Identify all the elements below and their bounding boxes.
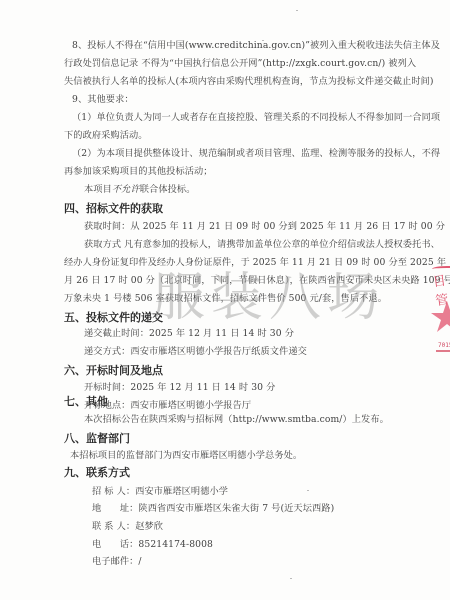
section-4-method-2: 经办人身份证复印件及经办人身份证原件，于 2025 年 11 月 21 日 09… (64, 257, 450, 269)
consortium-note-prefix: 本项目 (84, 184, 112, 195)
requirement-9-2-line-2: 再参加该采购项目的其他投标活动； (64, 166, 213, 178)
contact-email: 电子邮件：/ (92, 556, 142, 568)
section-6-time: 开标时间：2025 年 12 月 11 日 14 时 30 分 (84, 382, 275, 394)
requirement-8-line-1: 8、投标人不得在“信用中国(www.creditchina.gov.cn)”被列… (72, 40, 440, 52)
section-7-heading-visible: 七、其他 (64, 395, 108, 408)
document-page: 8、投标人不得在“信用中国(www.creditchina.gov.cn)”被列… (0, 0, 450, 600)
section-5-deadline: 递交截止时间：2025 年 12 月 11 日 14 时 30 分 (84, 328, 294, 340)
scan-speck (307, 490, 309, 491)
scan-speck (262, 40, 264, 41)
section-4-heading: 四、招标文件的获取 (64, 202, 163, 215)
consortium-note-suffix: 联合体投标。 (140, 184, 196, 195)
section-7-text: 本次招标公告在陕西采购与招标网（http://www.smtba.com/）上发… (84, 414, 389, 426)
section-4-method-3: 月 26 日 17 时 00 分（北京时间，下同，节假日休息），在陕西省西安市未… (64, 275, 450, 287)
consortium-note: 本项目不允许联合体投标。 (84, 184, 195, 196)
requirement-8-line-2: 行政处罚信息记录 不得为“中国执行信息公开网”(http://zxgk.cour… (64, 58, 416, 70)
section-4-time: 获取时间：从 2025 年 11 月 21 日 09 时 00 分到 2025 … (84, 221, 445, 233)
requirement-8-line-3: 失信被执行人名单的投标人(本项内容由采购代理机构查询，节点为投标文件递交截止时间… (64, 76, 434, 88)
seal-number: 701590 (438, 342, 450, 349)
consortium-note-emphasis: 不允许 (112, 184, 140, 195)
section-6-heading: 六、开标时间及地点 (64, 364, 163, 377)
section-8-text: 本招标项目的监督部门为西安市雁塔区明德小学总务处。 (70, 450, 302, 462)
requirement-9-1-line-2: 下的政府采购活动。 (64, 130, 148, 142)
section-5-method: 递交方式：西安市雁塔区明德小学报告厅纸质文件递交 (84, 346, 307, 358)
contact-phone: 电 话：85214174-8008 (92, 539, 213, 551)
official-seal: 目管 701590 (414, 262, 450, 372)
requirement-9-2-line-1: （2）为本项目提供整体设计、规范编制或者项目管理、监理、检测等服务的投标人，不得 (72, 148, 440, 160)
section-4-method-4: 万象未央 1 号楼 506 室获取招标文件，招标文件售价 500 元/套，售后不… (64, 293, 387, 305)
seal-star-icon (430, 300, 450, 334)
scan-speck (296, 10, 298, 11)
section-9-heading: 九、联系方式 (64, 466, 130, 479)
requirement-9-title: 9、其他要求： (72, 94, 134, 106)
section-4-method-1: 获取方式 凡有意参加的投标人，请携带加盖单位公章的单位介绍信或法人授权委托书、 (84, 239, 440, 251)
scan-speck (290, 578, 292, 579)
contact-tenderer: 招 标 人：西安市雁塔区明德小学 (92, 486, 228, 498)
seal-underline (436, 350, 450, 352)
contact-address: 地 址：陕西省西安市雁塔区朱雀大街 7 号(近天坛西路) (92, 503, 334, 515)
section-6-place: 开标地点：西安市雁塔区明德小学报告厅 (84, 400, 251, 412)
requirement-9-1-line-1: （1）单位负责人为同一人或者存在直接控股、管理关系的不同投标人不得参加同一合同项 (72, 112, 440, 124)
section-5-heading: 五、投标文件的递交 (64, 311, 163, 324)
section-8-heading: 八、监督部门 (64, 432, 130, 445)
contact-person: 联 系 人：赵梦欣 (92, 521, 163, 533)
